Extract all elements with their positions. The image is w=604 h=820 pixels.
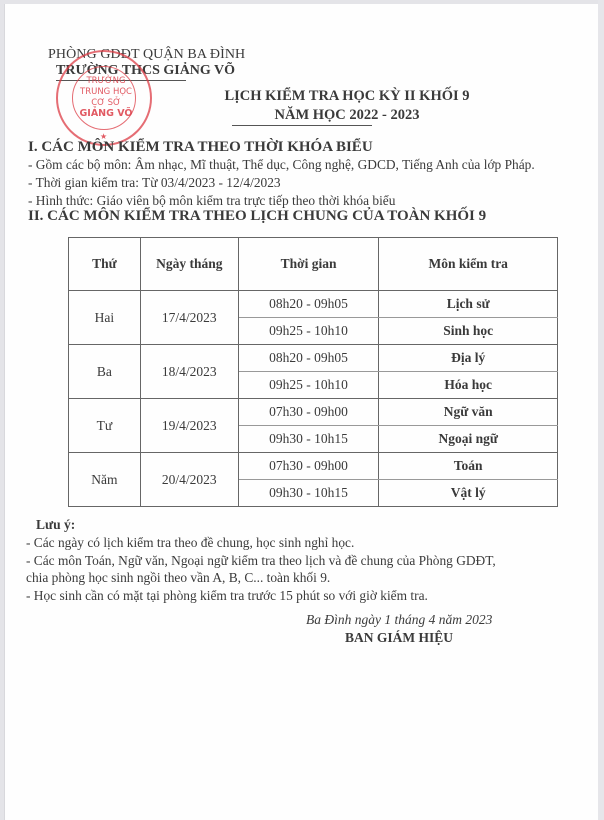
cell-time: 07h30 - 09h00 xyxy=(238,399,379,426)
cell-time: 09h30 - 10h15 xyxy=(238,426,379,453)
document-title: LỊCH KIỂM TRA HỌC KỲ II KHỐI 9 xyxy=(182,88,512,105)
section1-line: - Hình thức: Giáo viên bộ môn kiểm tra t… xyxy=(28,193,395,209)
cell-subject: Hóa học xyxy=(379,372,558,399)
note-line: chia phòng học sinh ngồi theo vần A, B, … xyxy=(26,570,330,586)
note-line: - Học sinh cần có mặt tại phòng kiểm tra… xyxy=(26,588,428,604)
stamp-line2: TRUNG HỌC xyxy=(58,87,154,97)
cell-date: 17/4/2023 xyxy=(140,291,238,345)
section1-line: - Gồm các bộ môn: Âm nhạc, Mĩ thuật, Thể… xyxy=(28,157,535,173)
cell-time: 09h30 - 10h15 xyxy=(238,480,379,507)
exam-schedule-table: Thứ Ngày tháng Thời gian Môn kiểm tra Ha… xyxy=(68,237,558,507)
school-year: NĂM HỌC 2022 - 2023 xyxy=(182,107,512,124)
cell-subject: Ngữ văn xyxy=(379,399,558,426)
page-edge xyxy=(598,0,604,820)
header-subject: Môn kiểm tra xyxy=(379,238,558,291)
cell-time: 09h25 - 10h10 xyxy=(238,372,379,399)
table-row: Năm20/4/202307h30 - 09h00Toán xyxy=(69,453,558,480)
school-stamp: TRƯỜNG TRUNG HỌC CƠ SỞ GIẢNG VÕ ★ xyxy=(56,50,152,146)
cell-time: 08h20 - 09h05 xyxy=(238,345,379,372)
cell-time: 07h30 - 09h00 xyxy=(238,453,379,480)
title-underline xyxy=(232,125,372,126)
section2-heading: II. CÁC MÔN KIỂM TRA THEO LỊCH CHUNG CỦA… xyxy=(28,208,486,225)
cell-subject: Vật lý xyxy=(379,480,558,507)
cell-time: 09h25 - 10h10 xyxy=(238,318,379,345)
stamp-line1: TRƯỜNG xyxy=(58,76,154,86)
cell-date: 20/4/2023 xyxy=(140,453,238,507)
header-day: Thứ xyxy=(69,238,141,291)
note-line: - Các ngày có lịch kiểm tra theo đề chun… xyxy=(26,535,354,551)
table-row: Ba18/4/202308h20 - 09h05Địa lý xyxy=(69,345,558,372)
table-header-row: Thứ Ngày tháng Thời gian Môn kiểm tra xyxy=(69,238,558,291)
table-row: Tư19/4/202307h30 - 09h00Ngữ văn xyxy=(69,399,558,426)
cell-date: 18/4/2023 xyxy=(140,345,238,399)
table-row: Hai17/4/202308h20 - 09h05Lịch sử xyxy=(69,291,558,318)
note-line: - Các môn Toán, Ngữ văn, Ngoại ngữ kiểm … xyxy=(26,553,496,569)
cell-subject: Địa lý xyxy=(379,345,558,372)
cell-subject: Ngoại ngữ xyxy=(379,426,558,453)
stamp-line3: CƠ SỞ xyxy=(58,98,154,108)
cell-day: Tư xyxy=(69,399,141,453)
section1-line: - Thời gian kiểm tra: Từ 03/4/2023 - 12/… xyxy=(28,175,281,191)
cell-subject: Toán xyxy=(379,453,558,480)
signature-date: Ba Đình ngày 1 tháng 4 năm 2023 xyxy=(306,612,492,628)
cell-time: 08h20 - 09h05 xyxy=(238,291,379,318)
section1-heading: I. CÁC MÔN KIỂM TRA THEO THỜI KHÓA BIỂU xyxy=(28,139,373,156)
notes-heading: Lưu ý: xyxy=(36,517,75,533)
header-time: Thời gian xyxy=(238,238,379,291)
cell-subject: Lịch sử xyxy=(379,291,558,318)
header-date: Ngày tháng xyxy=(140,238,238,291)
cell-day: Năm xyxy=(69,453,141,507)
cell-day: Hai xyxy=(69,291,141,345)
cell-day: Ba xyxy=(69,345,141,399)
cell-subject: Sinh học xyxy=(379,318,558,345)
cell-date: 19/4/2023 xyxy=(140,399,238,453)
signer: BAN GIÁM HIỆU xyxy=(345,630,453,646)
stamp-line4: GIẢNG VÕ xyxy=(58,109,154,119)
